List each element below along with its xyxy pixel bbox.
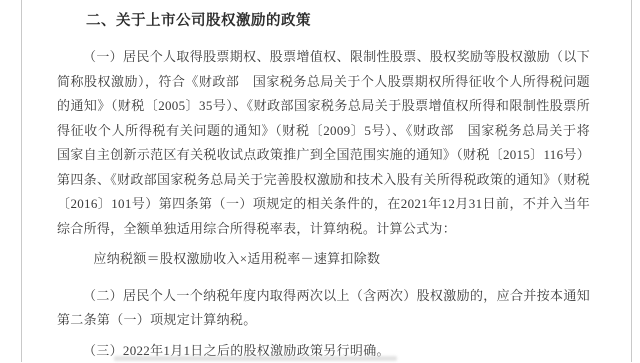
article-content: 二、关于上市公司股权激励的政策 （一）居民个人取得股票期权、股票增值权、限制性股… <box>22 0 631 362</box>
article-page: 二、关于上市公司股权激励的政策 （一）居民个人取得股票期权、股票增值权、限制性股… <box>21 0 632 362</box>
policy-paragraph-2: （二）居民个人一个纳税年度内取得两次以上（含两次）股权激励的，应合并按本通知第二… <box>57 284 590 333</box>
section-title: 二、关于上市公司股权激励的政策 <box>57 9 590 33</box>
policy-paragraph-1: （一）居民个人取得股票期权、股票增值权、限制性股票、股权奖励等股权激励（以下简称… <box>57 45 590 241</box>
tax-formula: 应纳税额＝股权激励收入×适用税率－速算扣除数 <box>57 247 590 272</box>
clipped-faint-text-line <box>114 356 397 361</box>
